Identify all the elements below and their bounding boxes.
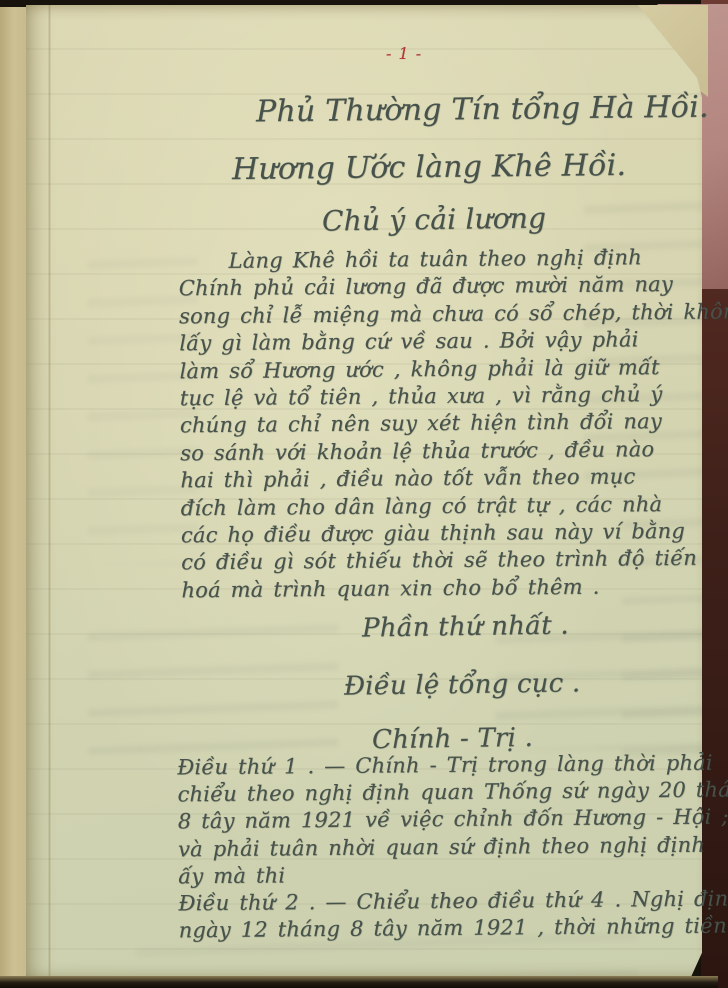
manuscript-line: 8 tây năm 1921 về việc chỉnh đốn Hương -… xyxy=(178,804,712,836)
manuscript-line: hoá mà trình quan xin cho bổ thêm . xyxy=(181,573,709,605)
introduction-paragraph: Làng Khê hồi ta tuân theo nghị định Chín… xyxy=(178,244,709,605)
document-title-line-2: Hương Ước làng Khê Hồi. xyxy=(232,148,626,187)
scanned-manuscript-photo: - 1 - Phủ Thường Tín tổng Hà Hồi. Hương … xyxy=(0,0,728,988)
manuscript-line: Chính phủ cải lương đã được mười năm nay xyxy=(179,271,707,303)
chapter-heading: Điều lệ tổng cục . xyxy=(344,668,581,701)
section-heading: Chính - Trị . xyxy=(372,723,533,755)
document-title-line-3: Chủ ý cải lương xyxy=(322,201,547,237)
document-title-line-1: Phủ Thường Tín tổng Hà Hồi. xyxy=(256,90,709,130)
manuscript-line: ngày 12 tháng 8 tây năm 1921 , thời nhữn… xyxy=(179,913,713,945)
manuscript-line: có điều gì sót thiếu thời sẽ theo trình … xyxy=(181,545,709,577)
manuscript-line: hai thì phải , điều nào tốt vẫn theo mục xyxy=(180,463,708,495)
articles-paragraph: Điều thứ 1 . — Chính - Trị trong làng th… xyxy=(177,750,713,945)
manuscript-line: chúng ta chỉ nên suy xét hiện tình đổi n… xyxy=(180,408,708,440)
book-bottom-edge xyxy=(0,976,718,988)
ink-bleed-through xyxy=(88,617,338,767)
part-heading: Phần thứ nhất . xyxy=(362,611,569,644)
page-number: - 1 - xyxy=(386,44,422,63)
manuscript-line: lấy gì làm bằng cứ về sau . Bởi vậy phải xyxy=(179,326,707,358)
manuscript-line: và phải tuân nhời quan sứ định theo nghị… xyxy=(178,831,712,863)
